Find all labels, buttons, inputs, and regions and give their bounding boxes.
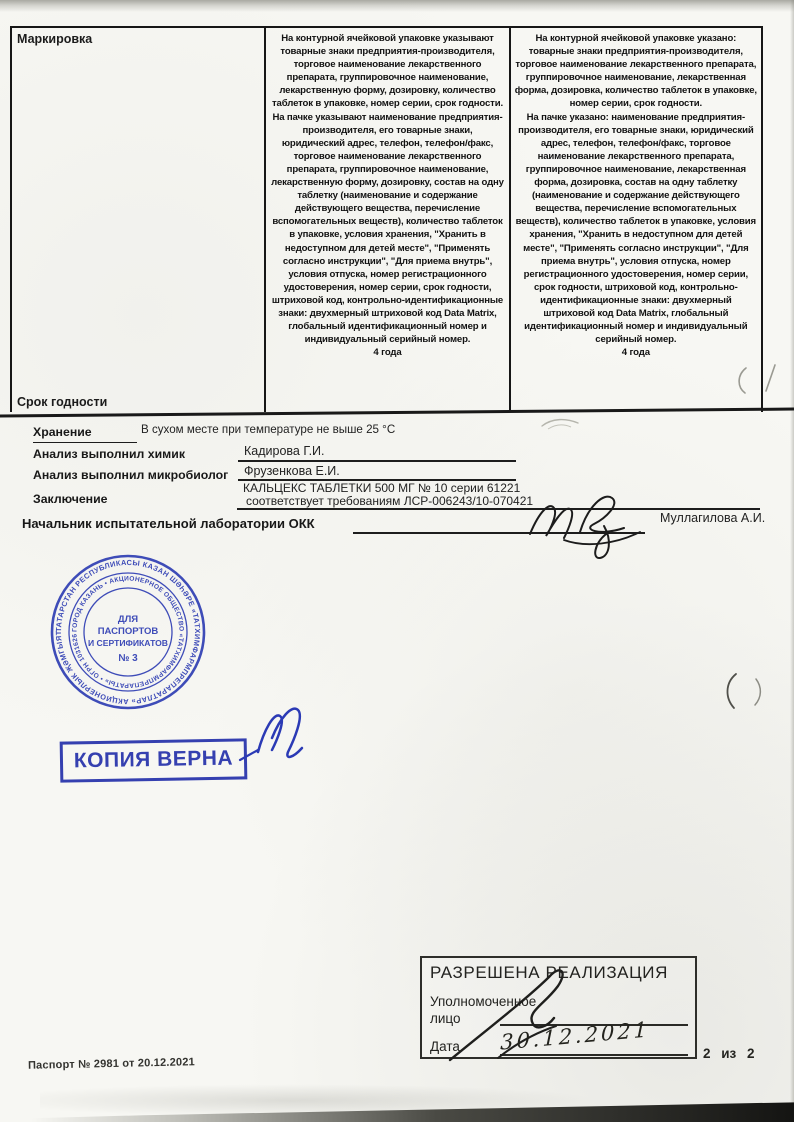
marking-row-label: Маркировка — [17, 32, 92, 46]
date-line — [500, 1054, 688, 1056]
authorized-person-label-line1: Уполномоченное — [430, 994, 536, 1009]
stamp-center-line4: № 3 — [118, 653, 138, 664]
chemist-label: Анализ выполнил химик — [33, 447, 185, 461]
conclusion-label: Заключение — [33, 492, 108, 506]
marking-results-cell: На контурной ячейковой упаковке указано:… — [509, 28, 761, 412]
smudge-artifact — [540, 414, 580, 432]
results-paragraph-blister: На контурной ячейковой упаковке указано:… — [515, 32, 757, 111]
stamp-center-line1: ДЛЯ — [118, 614, 138, 625]
marking-table: Маркировка Срок годности На контурной яч… — [10, 26, 763, 412]
date-label: Дата — [430, 1039, 460, 1054]
shelf-life-value-results: 4 года — [515, 346, 757, 359]
stamp-center-line3: И СЕРТИФИКАТОВ — [88, 638, 168, 648]
conclusion-value-line2: соответствует требованиям ЛСР-006243/10-… — [246, 494, 533, 508]
stamp-center-line2: ПАСПОРТОВ — [98, 626, 159, 637]
chemist-value: Кадирова Г.И. — [244, 444, 325, 458]
page-indicator: 2 из 2 — [703, 1046, 755, 1061]
requirements-paragraph-carton: На пачке указывают наименование предприя… — [270, 111, 504, 347]
microbiologist-label: Анализ выполнил микробиолог — [33, 468, 228, 482]
microbiologist-value: Фрузенкова Е.И. — [244, 464, 340, 478]
chemist-signature-line — [238, 460, 516, 462]
parentheses-artifact — [716, 664, 772, 716]
results-paragraph-carton: На пачке указано: наименование предприят… — [515, 111, 757, 347]
copy-verified-stamp: КОПИЯ ВЕРНА — [60, 738, 248, 782]
release-title: РАЗРЕШЕНА РЕАЛИЗАЦИЯ — [430, 963, 668, 983]
storage-row: Хранение — [33, 423, 137, 443]
storage-label: Хранение — [33, 425, 92, 439]
shelf-life-row-label: Срок годности — [17, 395, 107, 409]
shelf-life-value-requirements: 4 года — [270, 346, 504, 359]
requirements-paragraph-blister: На контурной ячейковой упаковке указываю… — [270, 32, 504, 111]
stamp-inner-ring-text: ГОРОД КАЗАНЬ • АКЦИОНЕРНОЕ ОБЩЕСТВО «ТАТ… — [45, 549, 185, 689]
authorized-person-label-line2: лицо — [430, 1011, 461, 1026]
scan-top-edge — [0, 0, 794, 12]
marking-table-label-column: Маркировка Срок годности — [12, 28, 264, 412]
svg-text:ГОРОД КАЗАНЬ • АКЦИОНЕРНОЕ ОБЩ: ГОРОД КАЗАНЬ • АКЦИОНЕРНОЕ ОБЩЕСТВО «ТАТ… — [45, 549, 185, 689]
conclusion-value-line1: КАЛЬЦЕКС ТАБЛЕТКИ 500 МГ № 10 серии 6122… — [243, 481, 520, 495]
scanned-passport-page: Маркировка Срок годности На контурной яч… — [0, 0, 794, 1122]
lab-head-name: Муллагилова А.И. — [660, 511, 765, 525]
passport-reference: Паспорт № 2981 от 20.12.2021 — [28, 1056, 195, 1071]
lab-head-label: Начальник испытательной лаборатории ОКК — [22, 516, 315, 531]
scan-bottom-smear — [40, 1084, 600, 1114]
scan-bottom-shadow — [0, 1098, 794, 1122]
stamp-outer-ring-text: ТАТАРСТАН РЕСПУБЛИКАСЫ КАЗАН ШӘҺӘРЕ «ТАТ… — [45, 549, 202, 706]
storage-value: В сухом месте при температуре не выше 25… — [141, 423, 395, 436]
conclusion-underline — [237, 508, 760, 510]
lab-head-signature — [520, 486, 670, 562]
lab-head-signature-line — [353, 532, 645, 534]
round-certification-stamp: ТАТАРСТАН РЕСПУБЛИКАСЫ КАЗАН ШӘҺӘРЕ «ТАТ… — [45, 549, 211, 715]
marking-requirements-cell: На контурной ячейковой упаковке указываю… — [264, 28, 508, 412]
svg-text:ТАТАРСТАН РЕСПУБЛИКАСЫ КАЗАН Ш: ТАТАРСТАН РЕСПУБЛИКАСЫ КАЗАН ШӘҺӘРЕ «ТАТ… — [45, 549, 202, 706]
scan-right-edge — [790, 0, 794, 1122]
